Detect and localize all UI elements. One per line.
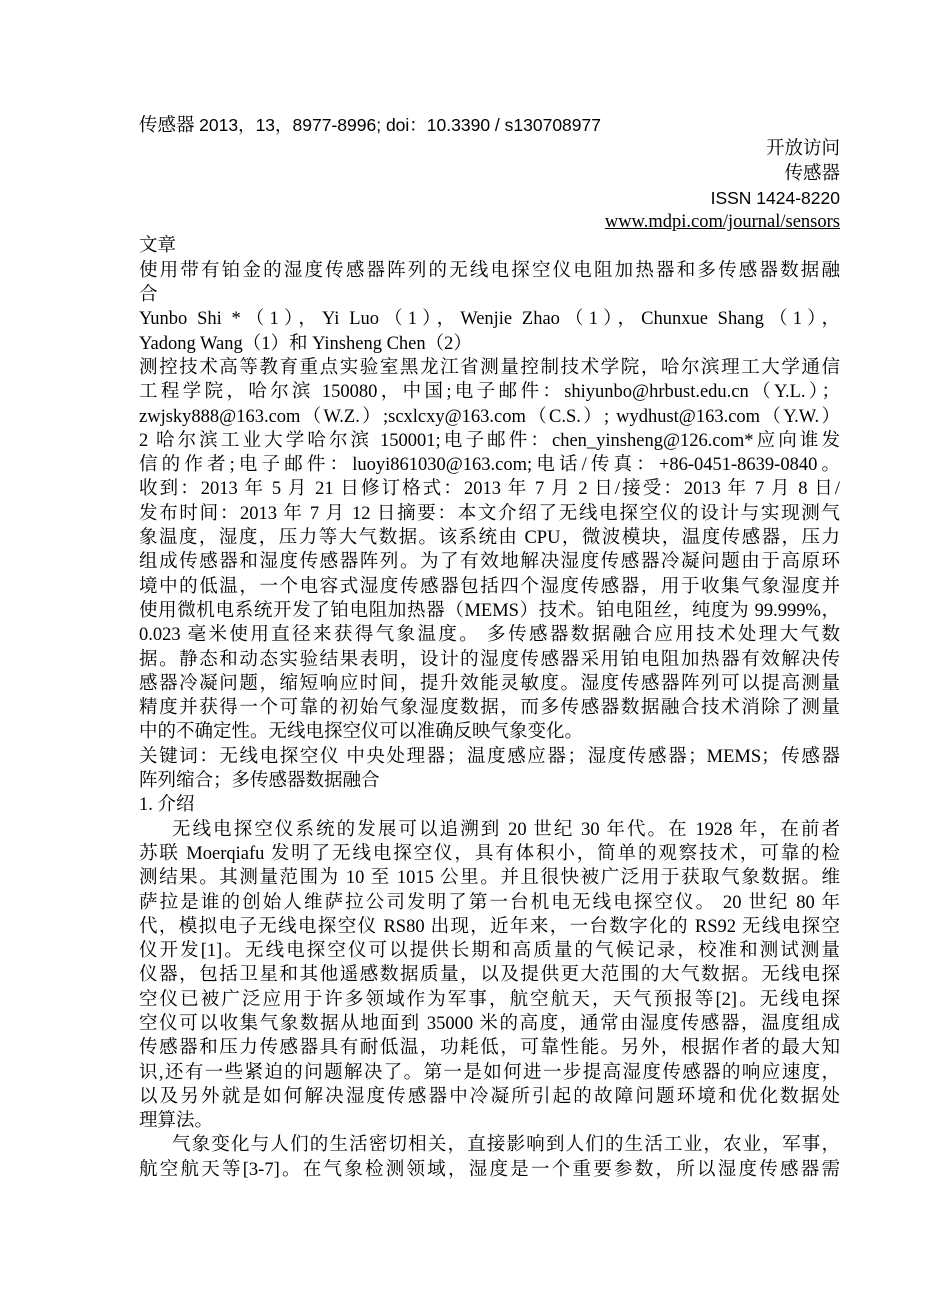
affiliation-line: 2 哈尔滨工业大学哈尔滨 150001;电子邮件：chen_yinsheng@1… [139, 429, 840, 453]
article-type-label: 文章 [139, 234, 840, 258]
article-title-line: 合 [139, 283, 840, 307]
abstract-line: 收到：2013 年 5 月 21 日修订格式：2013 年 7 月 2 日/接受… [139, 477, 840, 501]
intro-paragraph-line: 传感器和压力传感器具有耐低温，功耗低，可靠性能。另外，根据作者的最大知 [139, 1036, 840, 1060]
intro-paragraph-line: 仪开发[1]。无线电探空仪可以提供长期和高质量的气候记录，校准和测试测量 [139, 939, 840, 963]
author-line: Yadong Wang（1）和 Yinsheng Chen（2） [139, 332, 840, 356]
journal-name: 传感器 [139, 162, 840, 186]
affiliation-line: 信的作者;电子邮件：luoyi861030@163.com;电话/传真：+86-… [139, 453, 840, 477]
intro-paragraph-line: 仪器，包括卫星和其他遥感数据质量，以及提供更大范围的大气数据。无线电探 [139, 963, 840, 987]
intro-paragraph-line: 气象变化与人们的生活密切相关，直接影响到人们的生活工业，农业，军事， [139, 1133, 840, 1157]
journal-url-link[interactable]: www.mdpi.com/journal/sensors [605, 212, 840, 232]
intro-paragraph-line: 代，模拟电子无线电探空仪 RS80 出现，近年来，一台数字化的 RS92 无线电… [139, 915, 840, 939]
intro-paragraph-line: 空仪已被广泛应用于许多领域作为军事，航空航天，天气预报等[2]。无线电探 [139, 988, 840, 1012]
keywords-line: 阵列缩合；多传感器数据融合 [139, 769, 840, 793]
journal-name-cjk: 传感器 [139, 116, 195, 136]
abstract-line: 组成传感器和湿度传感器阵列。为了有效地解决湿度传感器冷凝问题由于高原环 [139, 550, 840, 574]
journal-url-line: www.mdpi.com/journal/sensors [139, 210, 840, 234]
document-page: 传感器 2013，13，8977-8996; doi：10.3390 / s13… [139, 113, 840, 1182]
intro-paragraph-line: 识,还有一些紧迫的问题解决了。第一是如何进一步提高湿度传感器的响应速度， [139, 1061, 840, 1085]
abstract-line: 感器冷凝问题，缩短响应时间，提升效能灵敏度。湿度传感器阵列可以提高测量 [139, 672, 840, 696]
abstract-line: 境中的低温，一个电容式湿度传感器包括四个湿度传感器，用于收集气象湿度并 [139, 575, 840, 599]
intro-paragraph-line: 萨拉是谁的创始人维萨拉公司发明了第一台机电无线电探空仪。 20 世纪 80 年 [139, 891, 840, 915]
affiliation-line: zwjsky888@163.com（W.Z.）;scxlcxy@163.com（… [139, 405, 840, 429]
intro-paragraph-line: 空仪可以收集气象数据从地面到 35000 米的高度，通常由湿度传感器，温度组成 [139, 1012, 840, 1036]
intro-paragraph-line: 航空航天等[3-7]。在气象检测领域，湿度是一个重要参数，所以湿度传感器需 [139, 1158, 840, 1182]
affiliation-line: 测控技术高等教育重点实验室黑龙江省测量控制技术学院，哈尔滨理工大学通信 [139, 356, 840, 380]
abstract-line: 象温度，湿度，压力等大气数据。该系统由 CPU，微波模块，温度传感器，压力 [139, 526, 840, 550]
intro-paragraph-line: 无线电探空仪系统的发展可以追溯到 20 世纪 30 年代。在 1928 年，在前… [139, 818, 840, 842]
abstract-line: 发布时间：2013 年 7 月 12 日摘要：本文介绍了无线电探空仪的设计与实现… [139, 502, 840, 526]
abstract-line: 中的不确定性。无线电探空仪可以准确反映气象变化。 [139, 720, 840, 744]
issn-label: ISSN 1424-8220 [139, 186, 840, 210]
affiliation-line: 工程学院，哈尔滨 150080，中国;电子邮件：shiyunbo@hrbust.… [139, 380, 840, 404]
section-heading: 1. 介绍 [139, 793, 840, 817]
intro-paragraph-line: 苏联 Moerqiafu 发明了无线电探空仪，具有体积小，简单的观察技术，可靠的… [139, 842, 840, 866]
author-line: Yunbo Shi *（1），Yi Luo（1），Wenjie Zhao（1），… [139, 307, 840, 331]
citation-text: 2013，13，8977-8996; doi：10.3390 / s130708… [199, 115, 601, 135]
abstract-line: 0.023 毫米使用直径来获得气象温度。 多传感器数据融合应用技术处理大气数 [139, 623, 840, 647]
abstract-line: 精度并获得一个可靠的初始气象湿度数据，而多传感器数据融合技术消除了测量 [139, 696, 840, 720]
article-title-line: 使用带有铂金的湿度传感器阵列的无线电探空仪电阻加热器和多传感器数据融 [139, 259, 840, 283]
abstract-line: 使用微机电系统开发了铂电阻加热器（MEMS）技术。铂电阻丝，纯度为 99.999… [139, 599, 840, 623]
intro-paragraph-line: 以及另外就是如何解决湿度传感器中冷凝所引起的故障问题环境和优化数据处 [139, 1085, 840, 1109]
intro-paragraph-line: 测结果。其测量范围为 10 至 1015 公里。并且很快被广泛用于获取气象数据。… [139, 866, 840, 890]
intro-paragraph-line: 理算法。 [139, 1109, 840, 1133]
keywords-line: 关键词：无线电探空仪 中央处理器；温度感应器；湿度传感器；MEMS；传感器 [139, 745, 840, 769]
open-access-label: 开放访问 [139, 137, 840, 161]
abstract-line: 据。静态和动态实验结果表明，设计的湿度传感器采用铂电阻加热器有效解决传 [139, 648, 840, 672]
journal-citation-line: 传感器 2013，13，8977-8996; doi：10.3390 / s13… [139, 113, 840, 137]
